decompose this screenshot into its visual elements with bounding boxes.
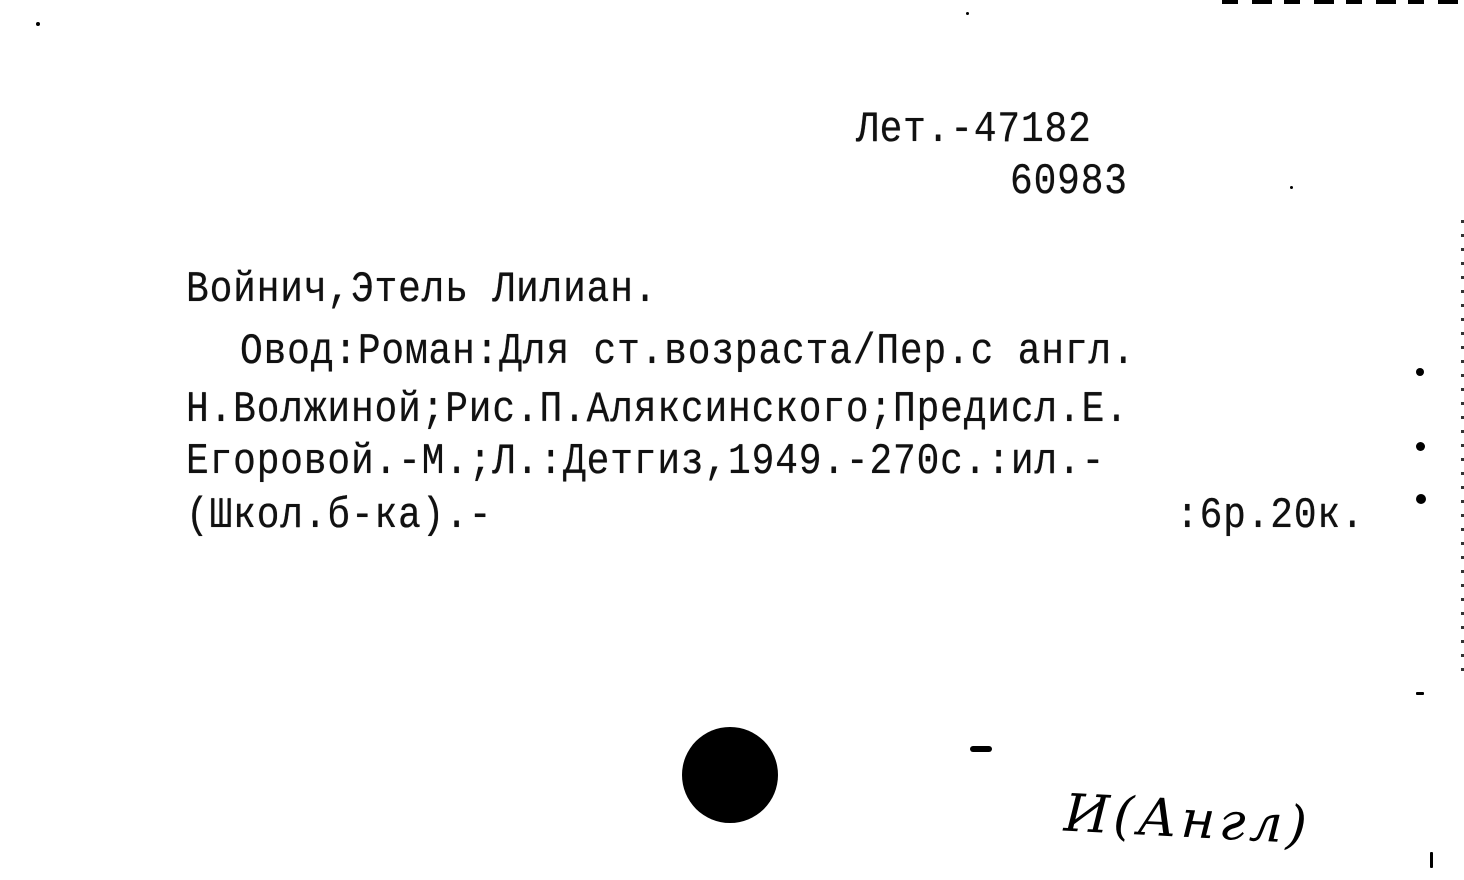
punch-hole xyxy=(682,727,778,823)
scan-speck xyxy=(1290,186,1293,189)
scan-speck xyxy=(1430,852,1433,868)
description-line: Н.Волжиной;Рис.П.Аляксинского;Предисл.Е. xyxy=(186,388,1129,432)
inventory-number: 60983 xyxy=(1010,160,1128,204)
scan-speck xyxy=(970,746,992,752)
author-heading: Войнич,Этель Лилиан. xyxy=(186,268,657,312)
scan-speck xyxy=(966,12,969,15)
title-line: Овод:Роман:Для ст.возраста/Пер.с англ. xyxy=(240,330,1136,374)
description-line: Егоровой.-М.;Л.:Детгиз,1949.-270с.:ил.- xyxy=(186,440,1105,484)
scan-speck xyxy=(1416,692,1424,695)
handwritten-classification: И(Англ) xyxy=(1063,784,1313,857)
call-number: Лет.-47182 xyxy=(856,108,1092,152)
catalog-card: Лет.-47182 60983 Войнич,Этель Лилиан. Ов… xyxy=(0,0,1464,880)
scan-speck xyxy=(1416,442,1425,451)
scan-speck xyxy=(36,22,40,26)
scan-speck xyxy=(1416,494,1426,504)
series-line: (Школ.б-ка).- xyxy=(186,494,492,538)
price: :6р.20к. xyxy=(1176,494,1365,538)
card-top-edge xyxy=(1222,0,1464,4)
scan-speck xyxy=(1416,368,1424,376)
